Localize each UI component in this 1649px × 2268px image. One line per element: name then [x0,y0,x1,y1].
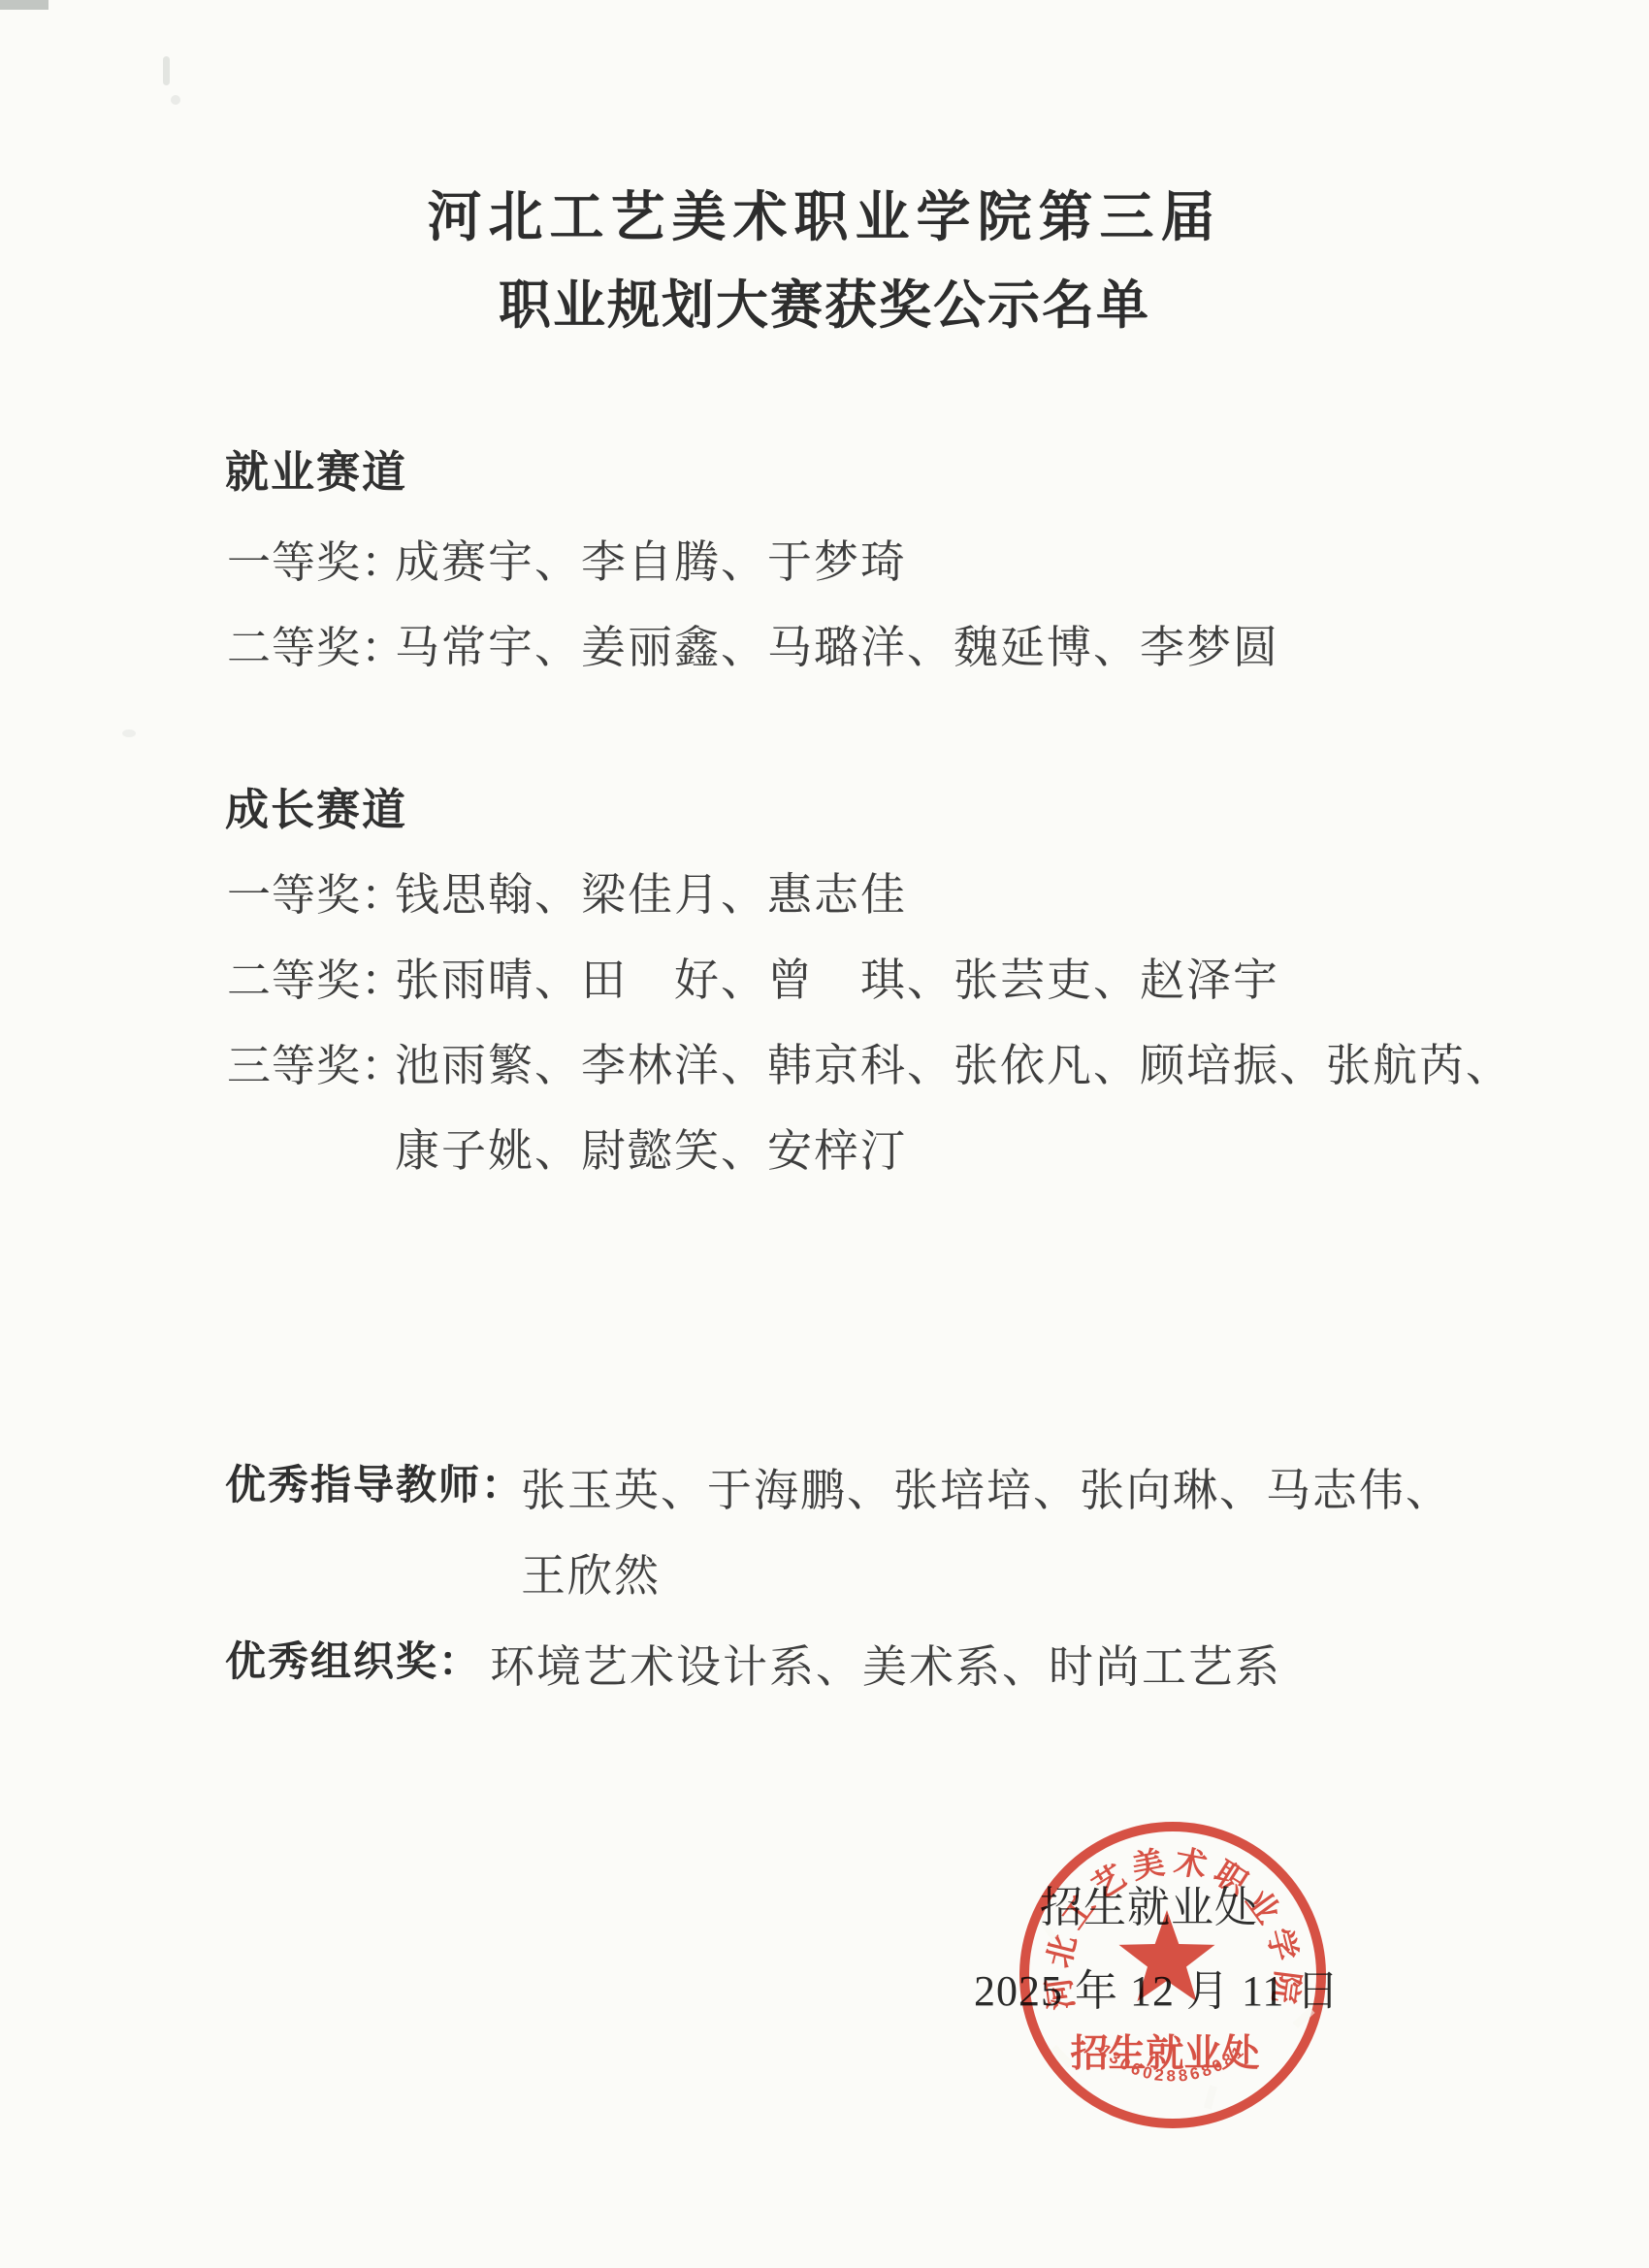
scan-artifact [122,729,136,737]
growth-first-prize-names: 钱思翰、梁佳月、惠志佳 [395,859,907,923]
excellent-teachers-names-line1: 张玉英、于海鹏、张培培、张向琳、马志伟、 [521,1455,1452,1519]
employment-first-prize-label: 一等奖： [227,527,405,590]
scan-artifact [163,56,170,85]
scan-artifact [0,0,48,10]
growth-first-prize-label: 一等奖： [227,859,405,923]
excellent-teachers-label: 优秀指导教师： [225,1453,524,1511]
excellent-teachers-names-line2: 王欣然 [521,1540,661,1604]
growth-second-prize-names: 张雨晴、田 好、曾 琪、张芸吏、赵泽宇 [395,945,1279,1009]
growth-third-prize-names-line2: 康子姚、尉懿笑、安梓汀 [395,1116,907,1180]
seal-wear-mark [1204,2085,1217,2109]
signature-department: 招生就业处 [1040,1872,1258,1934]
document-title-line2: 职业规划大赛获奖公示名单 [0,264,1649,339]
growth-second-prize-label: 二等奖： [227,945,405,1008]
growth-third-prize-label: 三等奖： [227,1030,405,1093]
organization-award-names: 环境艺术设计系、美术系、时尚工艺系 [490,1632,1281,1696]
section-header-growth-track: 成长赛道 [225,774,407,837]
scan-artifact [171,95,180,105]
employment-second-prize-label: 二等奖： [227,612,405,675]
organization-award-label: 优秀组织奖： [225,1630,481,1688]
employment-first-prize-names: 成赛宇、李自腾、于梦琦 [395,527,907,591]
employment-second-prize-names: 马常宇、姜丽鑫、马璐洋、魏延博、李梦圆 [395,612,1279,676]
document-page: 河北工艺美术职业学院第三届 职业规划大赛获奖公示名单 就业赛道 一等奖： 成赛宇… [0,0,1649,2268]
section-header-employment-track: 就业赛道 [225,437,407,500]
signature-date: 2025 年 12 月 11 日 [974,1956,1340,2018]
growth-third-prize-names-line1: 池雨繁、李林洋、韩京科、张依凡、顾培振、张航芮、 [395,1030,1512,1094]
document-title-line1: 河北工艺美术职业学院第三届 [0,175,1649,252]
